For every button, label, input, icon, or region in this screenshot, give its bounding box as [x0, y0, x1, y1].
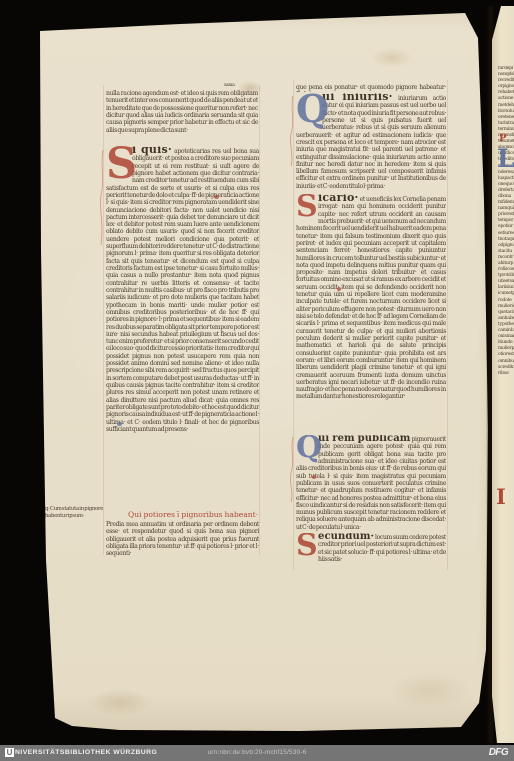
initial-flourish	[289, 96, 297, 166]
scan-photo: salua nulla racione agendum est· et ideo…	[0, 0, 514, 761]
facing-initial-blue: L	[497, 144, 514, 173]
dfg-logo: DFG	[489, 747, 508, 758]
initial-q-blue: Q	[296, 93, 322, 125]
section-qui-rem-publicam: Q ui rem publicam pignorauerit inde pecc…	[296, 435, 446, 533]
ruling-line	[259, 85, 260, 555]
section-qui-iniuriis: Q ui iniuriis· iniuriarum actio datur ei…	[296, 93, 446, 194]
facing-page-edge: fur de pl non qd si re cre dit or pig no…	[492, 6, 514, 743]
section-si-quis: S i quis· apoteticarias res uel bona sua…	[106, 146, 259, 511]
section-body: apoteticarias res uel bona sua obligauer…	[106, 148, 259, 433]
blue-paragraph-mark	[117, 422, 122, 426]
urn-identifier: urn:nbn:de:bvb:20-mchf15/530-6	[208, 749, 307, 756]
section-secundum: S ecundum· locum suum cedere potest cred…	[296, 533, 446, 563]
initial-flourish	[289, 437, 297, 502]
initial-s-red: S	[106, 146, 132, 182]
library-name: NIVERSITÄTSBIBLIOTHEK WÜRZBURG	[15, 748, 157, 757]
facing-initial-red: P	[499, 133, 507, 144]
marginal-note: q· Cum statuta in pignore habentur ipsum…	[45, 506, 121, 523]
red-paragraph-mark	[214, 195, 219, 199]
section-predia: Predia mea annuatim ut ordinaria per ord…	[106, 521, 259, 559]
facing-initial-red: I	[496, 484, 506, 509]
section-body: et ueneficiis lex Cornelia penam irrogat…	[296, 196, 446, 400]
ruling-line	[447, 80, 448, 570]
initial-q-blue: Q	[296, 435, 318, 460]
red-paragraph-mark	[337, 287, 341, 291]
initial-flourish	[99, 150, 107, 245]
red-paragraph-mark	[312, 475, 316, 479]
viewer-footer-bar: U NIVERSITÄTSBIBLIOTHEK WÜRZBURG urn:nbn…	[0, 745, 514, 761]
library-logo: U NIVERSITÄTSBIBLIOTHEK WÜRZBURG	[5, 748, 157, 757]
right-column-header: que pena eis ponatur· et quomodo pignore…	[296, 84, 446, 92]
library-logo-icon: U	[5, 748, 14, 757]
initial-s-red: S	[296, 194, 318, 219]
rubric-qui-potiores: Qui potiores ī pignoribus habeant·	[128, 510, 262, 520]
interlinear-note: salua	[224, 83, 254, 89]
manuscript-page: salua nulla racione agendum est· et ideo…	[0, 0, 514, 761]
initial-s-red: S	[296, 533, 318, 558]
left-column-intro: nulla racione agendum est· et ideo si qu…	[106, 90, 258, 144]
section-sicario: S icario· et ueneficiis lex Cornelia pen…	[296, 194, 446, 434]
